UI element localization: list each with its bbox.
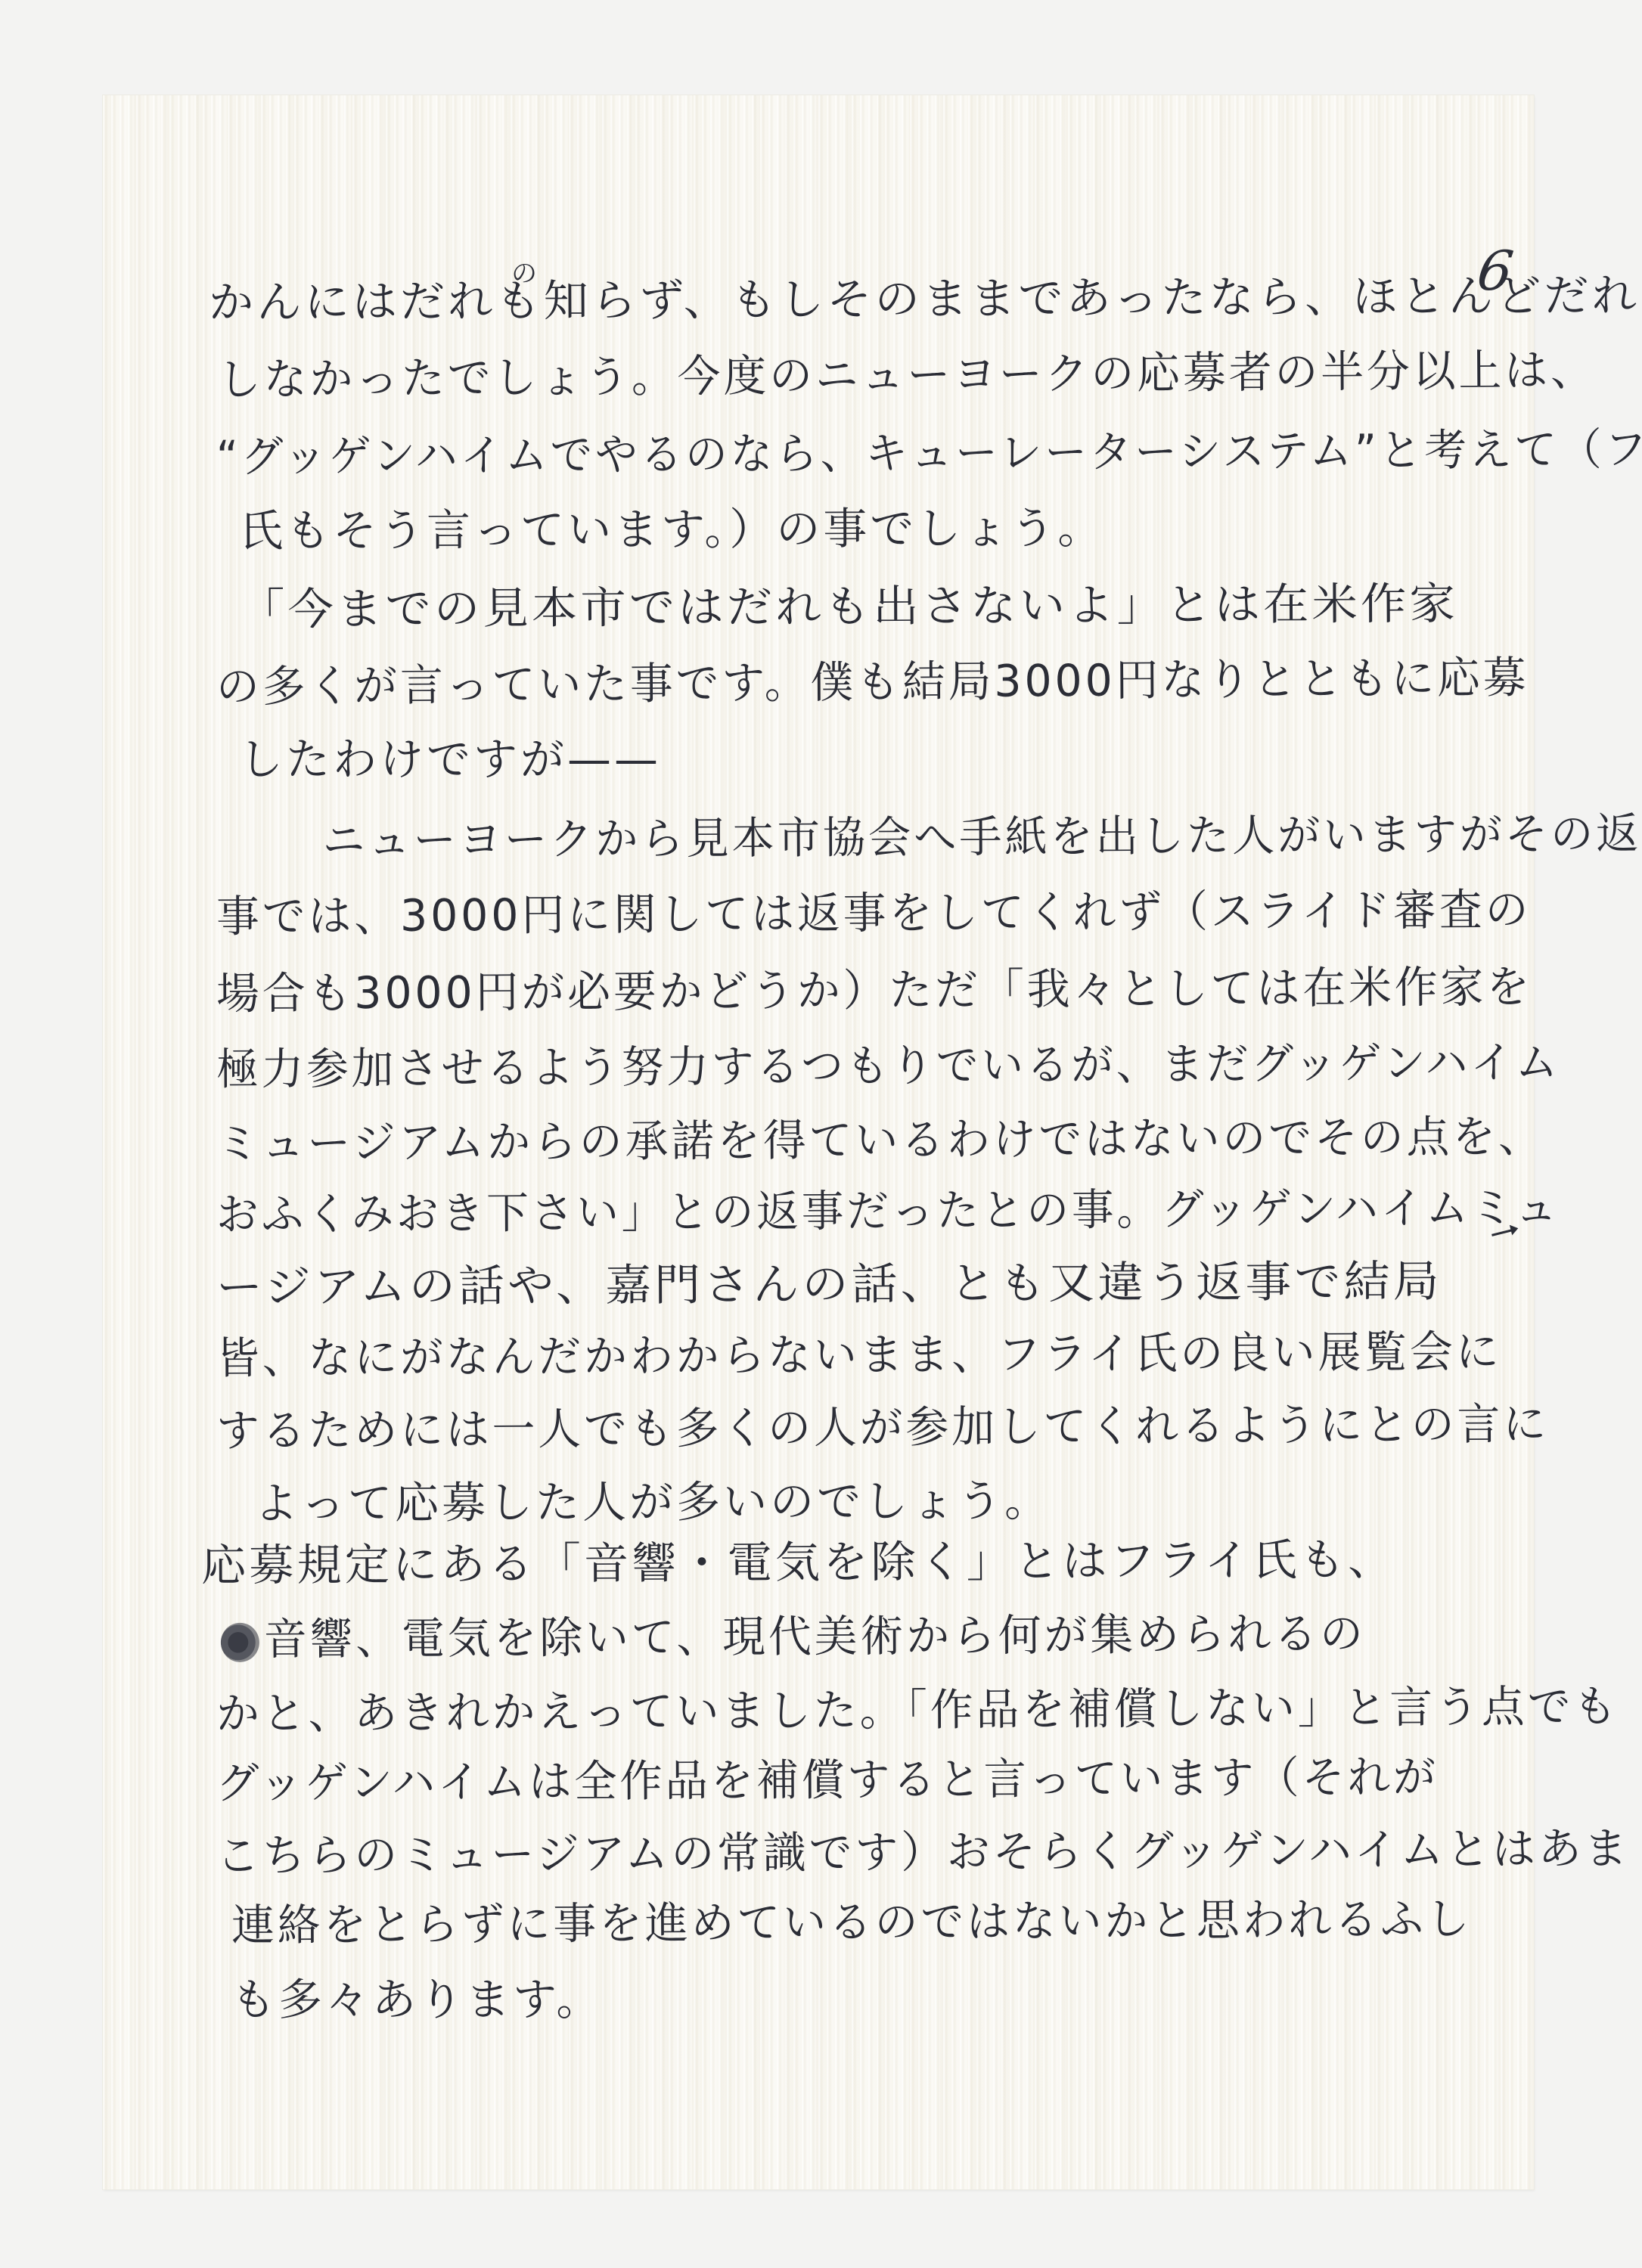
letter-line-9: 事では、3000円に関しては返事をしてくれず（スライド審査の [216,880,1532,947]
letter-line-16: するためには一人でも多くの人が参加してくれるようにとの言に [216,1394,1549,1461]
letter-line-8: ニューヨークから見本市協会へ手紙を出した人がいますがその返 [231,803,1642,871]
letter-line-21: グッゲンハイムは全作品を補償すると言っています（それが [216,1746,1439,1813]
letter-line-19: 音響、電気を除いて、現代美術から何が集められるの [216,1603,1366,1670]
insertion-mark: の [511,253,537,290]
letter-line-1: かんにはだれも知らず、もしそのままであったなら、ほとんどだれも応募 [209,264,1642,333]
letter-line-19-text: 音響、電気を除いて、現代美術から何が集められるの [264,1608,1366,1665]
letter-line-6: の多くが言っていた事です。僕も結局3000円なりとともに応募 [216,647,1529,717]
letter-line-23: 連絡をとらずに事を進めているのではないかと思われるふし [231,1888,1473,1956]
letter-line-7: したわけですが—— [239,729,661,790]
letter-line-17: よって応募した人が多いのでしょう。 [254,1470,1051,1534]
letter-line-11: 極力参加させるよう努力するつもりでいるが、まだグッゲンハイム [216,1032,1561,1100]
letter-line-20: かと、あきれかえっていました。「作品を補償しない」と言う点でも [216,1676,1620,1744]
letter-sheet: 6 かんにはだれも知らず、もしそのままであったなら、ほとんどだれも応募 の しな… [103,95,1534,2189]
scribbled-out-mark [221,1623,259,1662]
letter-line-10: 場合も3000円が必要かどうか）ただ「我々としては在米作家を [216,957,1532,1024]
letter-line-5: 「今までの見本市ではだれも出さないよ」とは在米作家 [239,573,1458,640]
letter-line-22: こちらのミュージアムの常識です）おそらくグッゲンハイムとはあまり [216,1818,1642,1886]
letter-line-15: 皆、なにがなんだかわからないまま、フライ氏の良い展覧会に [216,1321,1502,1388]
letter-line-3: “グッゲンハイムでやるのなら、キューレーターシステム”と考えて（フライ [216,418,1642,487]
letter-line-18: 応募規定にある「音響・電気を除く」とはフライ氏も、 [201,1529,1396,1596]
letter-line-24: も多々あります。 [231,1969,603,2030]
letter-line-12: ミュージアムからの承諾を得ているわけではないのでその点を、 [216,1106,1544,1174]
letter-line-13: おふくみおき下さい」との返事だったとの事。グッゲンハイムミュ [216,1177,1560,1245]
letter-line-4: 氏もそう言っています。）の事でしょう。 [239,498,1105,561]
letter-line-14: ージアムの話や、嘉門さんの話、とも又違う返事で結局 [216,1251,1442,1317]
letter-line-2: しなかったでしょう。今度のニューヨークの応募者の半分以上は、 [218,340,1597,410]
